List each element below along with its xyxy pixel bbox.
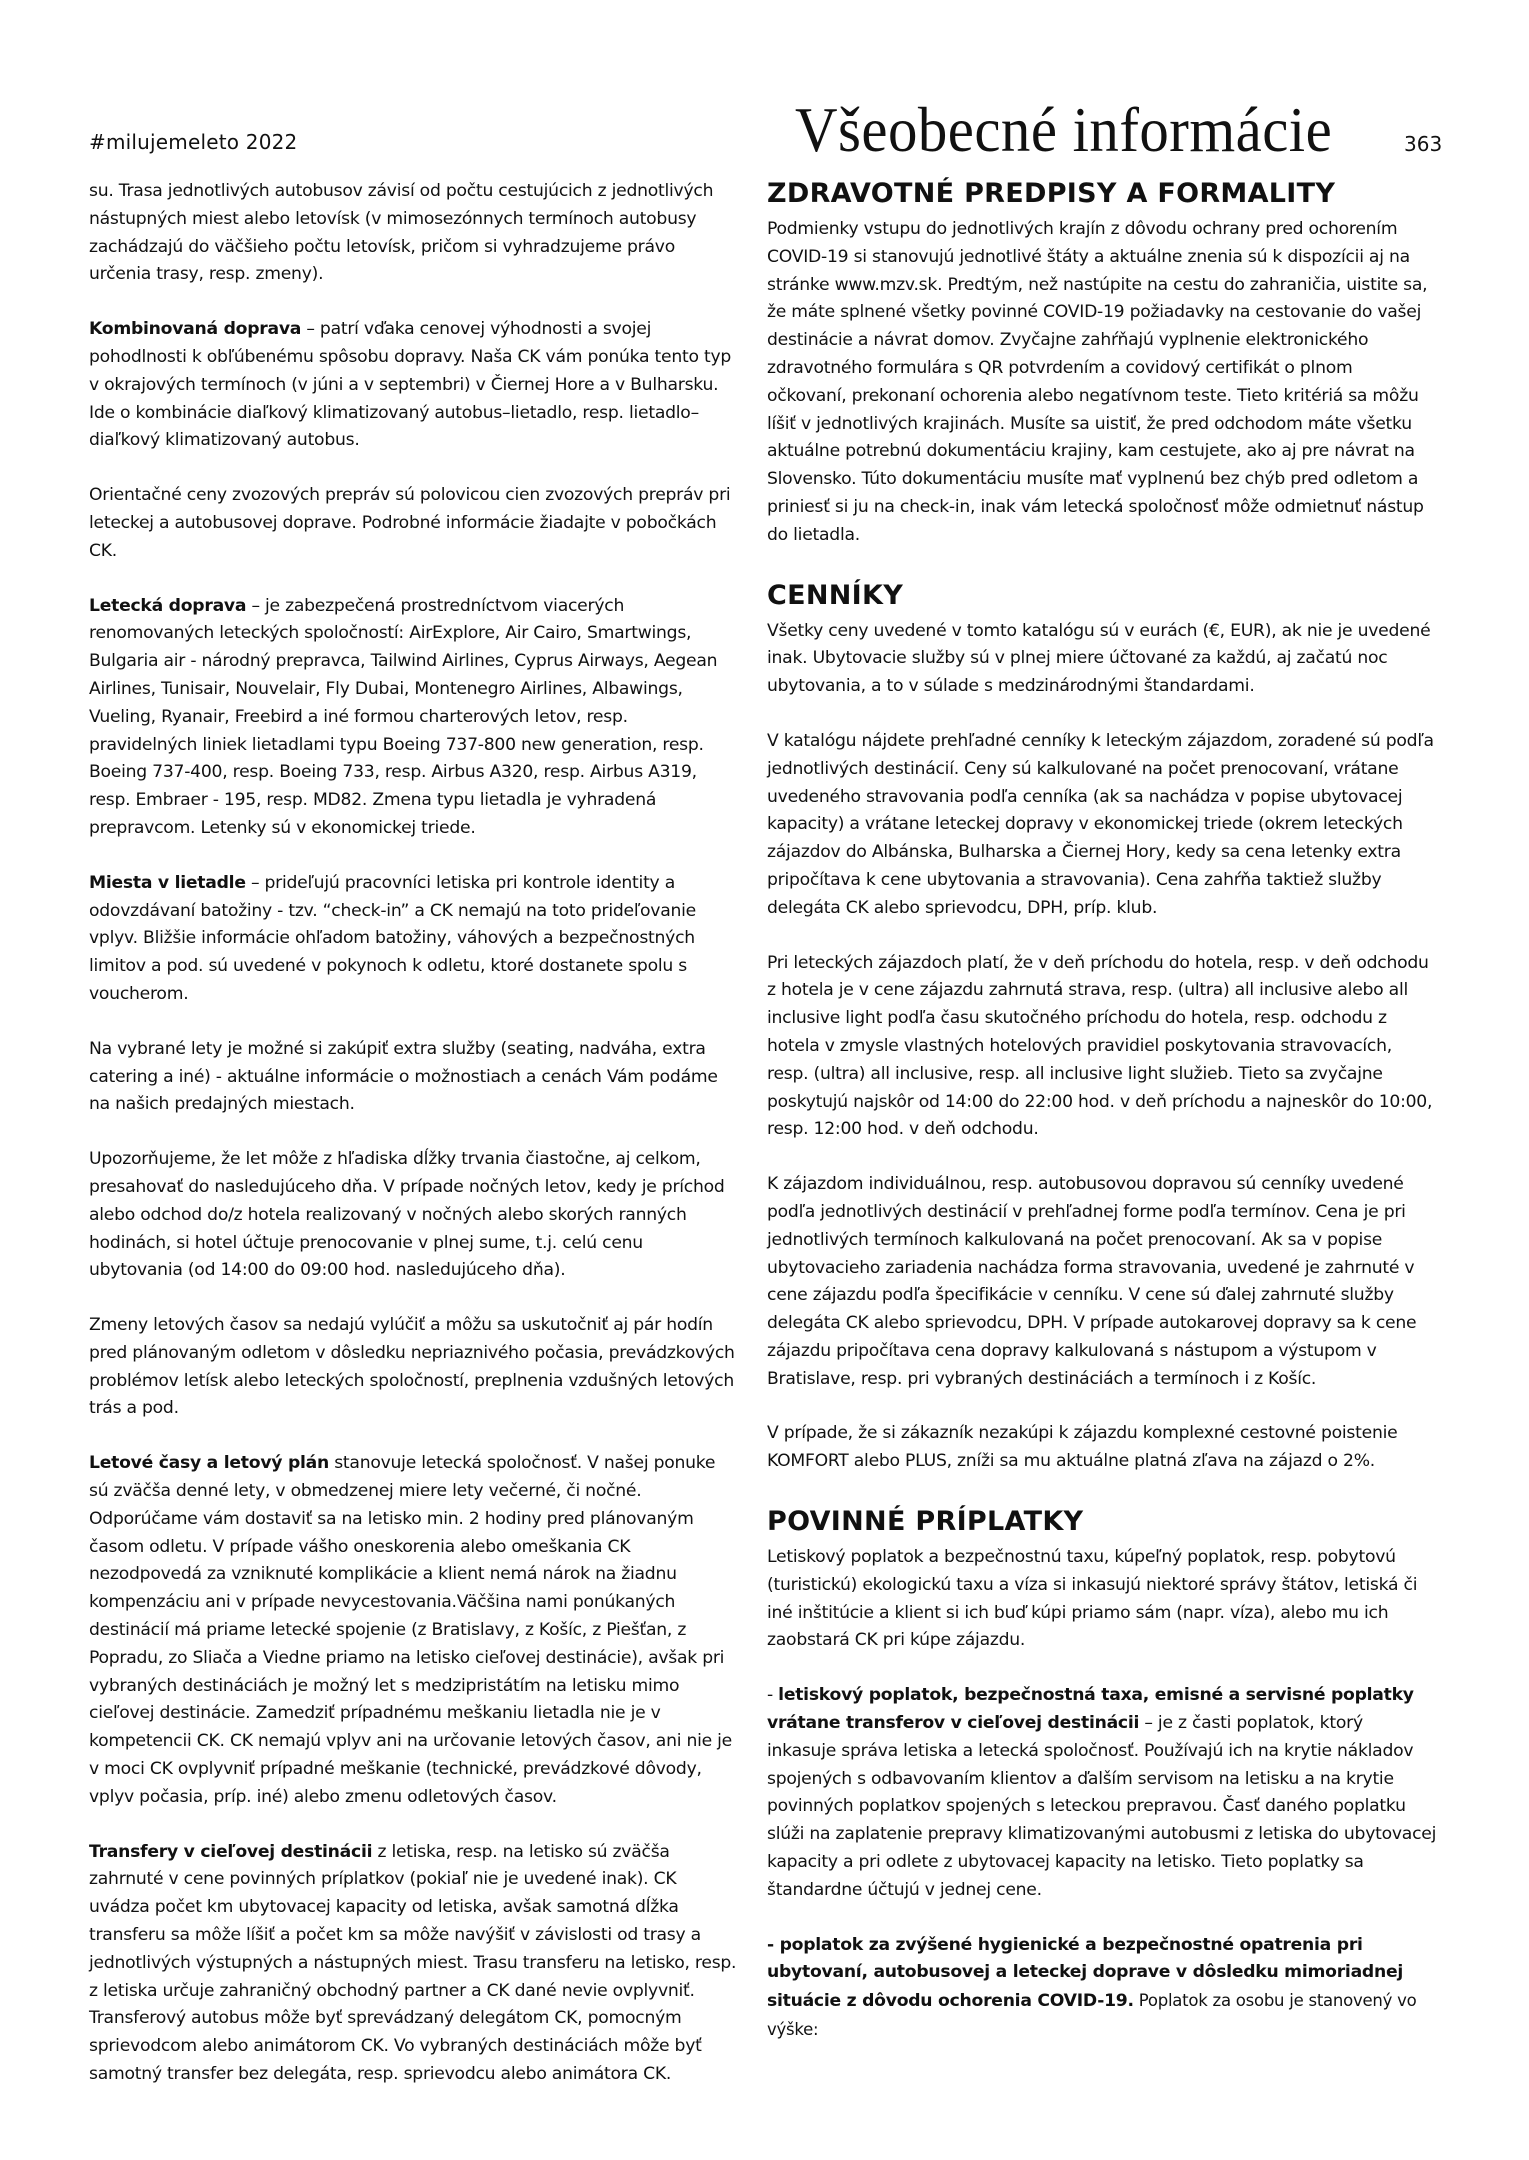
paragraph-flight-times: Letové časy a letový plán stanovuje lete… (89, 1450, 739, 1811)
term-transfers: Transfery v cieľovej destinácii (89, 1842, 372, 1862)
transfers-text: z letiska, resp. na letisko sú zväčša za… (89, 1842, 736, 2084)
paragraph-prices-meals: Pri leteckých zájazdoch platí, že v deň … (767, 950, 1437, 1145)
paragraph-covid-fee: - poplatok za zvýšené hygienické a bezpe… (767, 1932, 1437, 2045)
heading-mandatory-surcharges: POVINNÉ PRÍPLATKY (767, 1506, 1437, 1538)
term-combined-transport: Kombinovaná doprava (89, 319, 301, 339)
term-flight-times: Letové časy a letový plán (89, 1453, 329, 1473)
term-air-transport: Letecká doprava (89, 596, 246, 616)
paragraph-seats: Miesta v lietadle – prideľujú pracovníci… (89, 870, 739, 1009)
paragraph-bus-routes: su. Trasa jednotlivých autobusov závisí … (89, 178, 739, 289)
paragraph-prices-air-tours: V katalógu nájdete prehľadné cenníky k l… (767, 728, 1437, 923)
paragraph-air-transport: Letecká doprava – je zabezpečená prostre… (89, 593, 739, 843)
paragraph-health-regulations: Podmienky vstupu do jednotlivých krajín … (767, 216, 1437, 550)
paragraph-prices-bus-tours: K zájazdom individuálnou, resp. autobuso… (767, 1171, 1437, 1393)
catalog-hashtag: #milujemeleto 2022 (89, 130, 297, 154)
paragraph-prices-insurance-discount: V prípade, že si zákazník nezakúpi k záj… (767, 1420, 1437, 1476)
page-number: 363 (1404, 132, 1442, 156)
list-dash: - (767, 1685, 778, 1705)
paragraph-prices-currency: Všetky ceny uvedené v tomto katalógu sú … (767, 618, 1437, 701)
page-title: Všeobecné informácie (795, 98, 1332, 162)
paragraph-flight-changes: Zmeny letových časov sa nedajú vylúčiť a… (89, 1312, 739, 1423)
heading-health-regulations: ZDRAVOTNÉ PREDPISY A FORMALITY (767, 178, 1437, 210)
heading-price-lists: CENNÍKY (767, 580, 1437, 612)
airport-fees-text: – je z časti poplatok, ktorý inkasuje sp… (767, 1713, 1436, 1900)
flight-times-text: stanovuje letecká spoločnosť. V našej po… (89, 1453, 732, 1807)
term-seats: Miesta v lietadle (89, 873, 246, 893)
paragraph-transfers: Transfery v cieľovej destinácii z letisk… (89, 1839, 739, 2089)
paragraph-indicative-prices: Orientačné ceny zvozových prepráv sú pol… (89, 482, 739, 565)
paragraph-flight-duration-notice: Upozorňujeme, že let môže z hľadiska dĺž… (89, 1146, 739, 1285)
left-column: su. Trasa jednotlivých autobusov závisí … (89, 178, 739, 2116)
paragraph-combined-transport: Kombinovaná doprava – patrí vďaka cenove… (89, 316, 739, 455)
paragraph-surcharges-intro: Letiskový poplatok a bezpečnostnú taxu, … (767, 1544, 1437, 1655)
paragraph-extra-services: Na vybrané lety je možné si zakúpiť extr… (89, 1036, 739, 1119)
paragraph-airport-fees: - letiskový poplatok, bezpečnostná taxa,… (767, 1682, 1437, 1904)
right-column: ZDRAVOTNÉ PREDPISY A FORMALITY Podmienky… (767, 178, 1437, 2072)
air-transport-text: – je zabezpečená prostredníctvom viacerý… (89, 596, 717, 838)
